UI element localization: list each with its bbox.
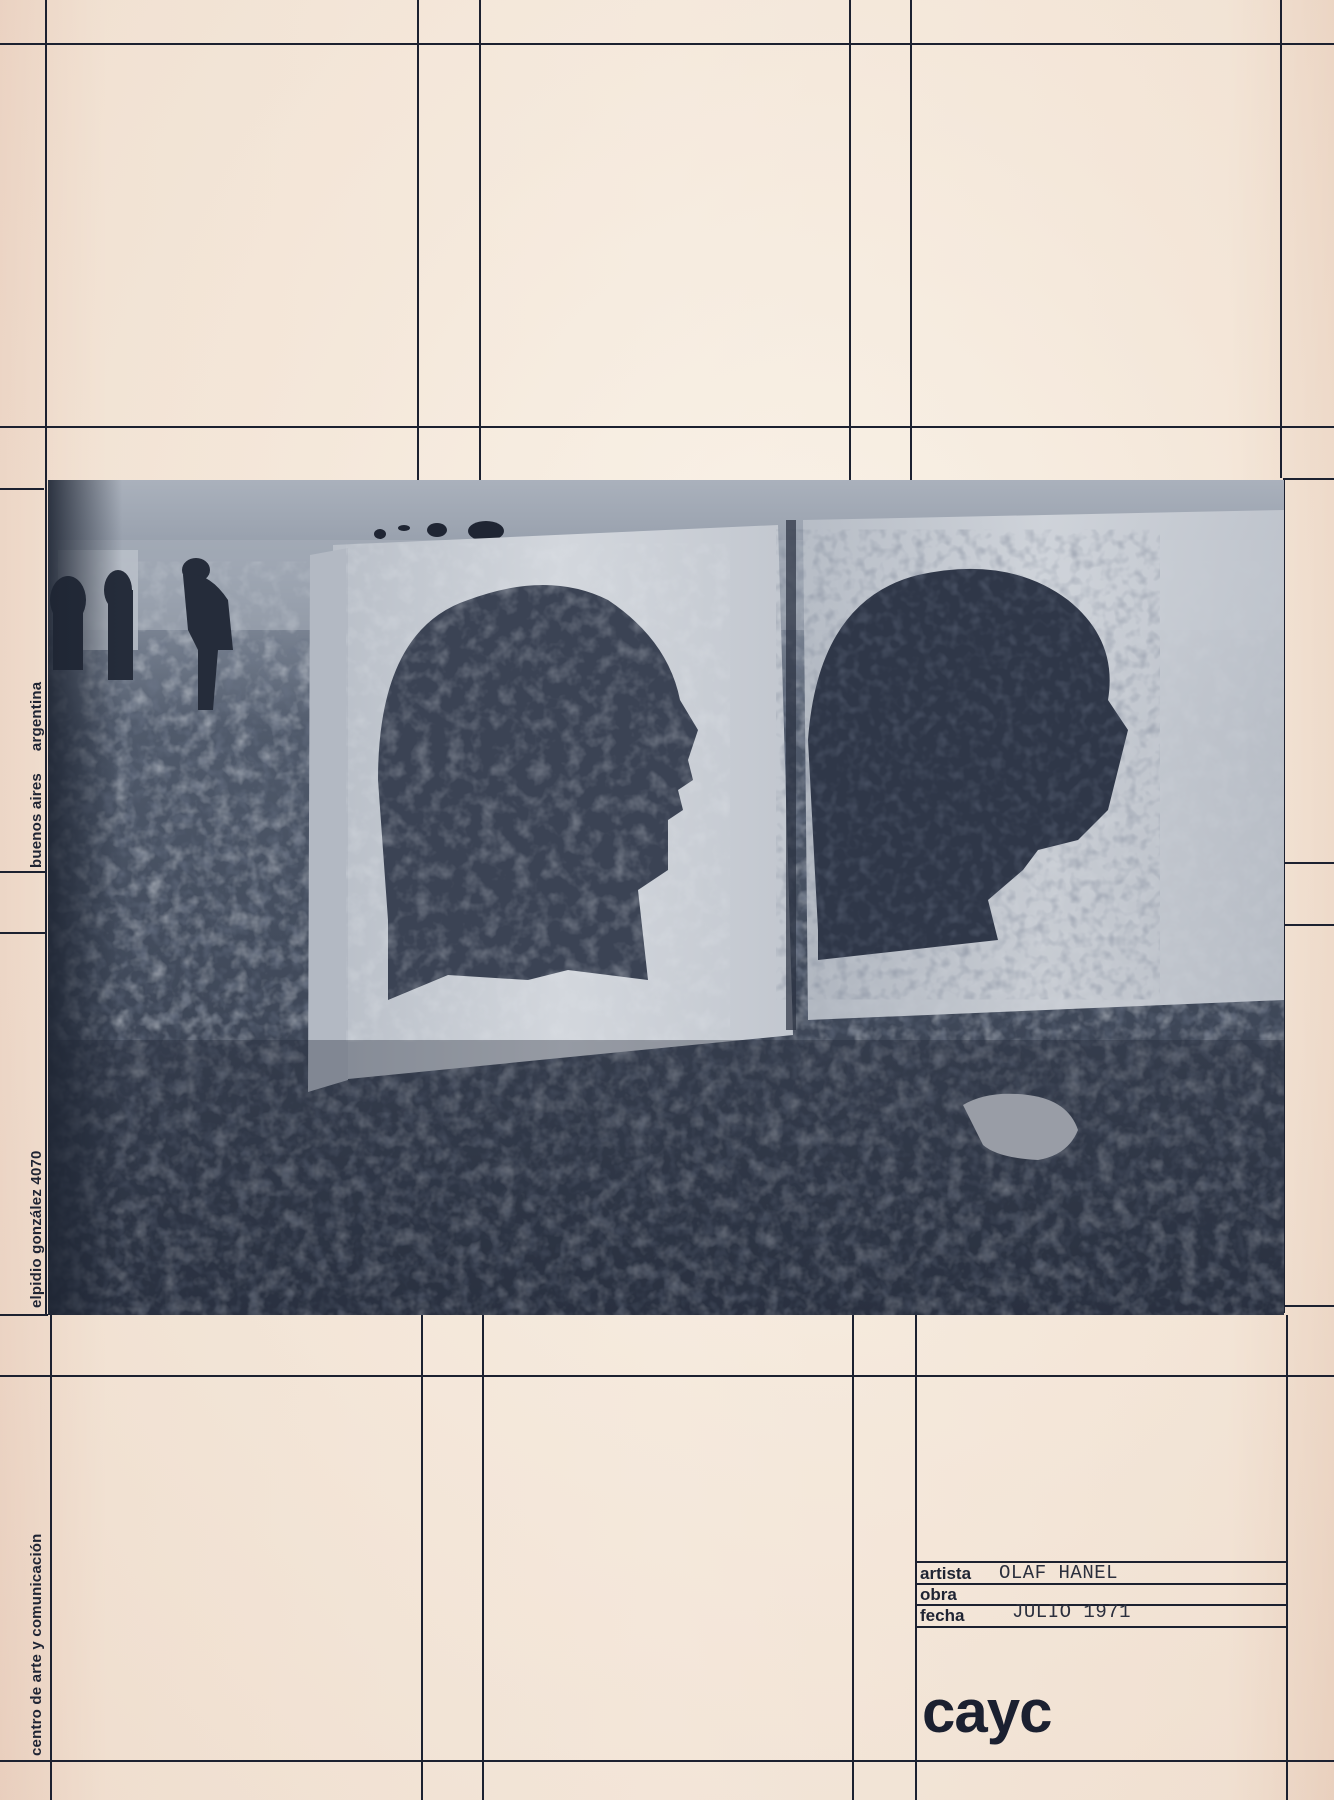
- grid-line-h: [0, 1760, 1334, 1762]
- location-text: buenos airesargentina: [28, 660, 45, 868]
- grid-line-v: [915, 1315, 917, 1800]
- grid-line-h: [0, 426, 1334, 428]
- grid-line-h: [1284, 478, 1334, 480]
- grid-line-h: [0, 43, 1334, 45]
- grid-line-h: [1284, 862, 1334, 864]
- grid-line-v: [50, 1315, 52, 1800]
- grid-line-h: [1284, 1305, 1334, 1307]
- date-label: fecha: [920, 1605, 964, 1627]
- artist-value: OLAF HANEL: [999, 1562, 1118, 1584]
- artist-row: artista OLAF HANEL: [920, 1563, 1284, 1585]
- grid-line-v: [482, 1315, 484, 1800]
- grid-line-v: [479, 0, 481, 480]
- grid-line-h: [0, 488, 44, 490]
- work-label: obra: [920, 1584, 957, 1606]
- organization-text: centro de arte y comunicación: [28, 1511, 45, 1756]
- date-row: fecha JULIO 1971: [920, 1605, 1284, 1627]
- grid-line-h: [0, 1314, 48, 1316]
- country-label: argentina: [28, 682, 45, 751]
- grid-line-v: [417, 0, 419, 480]
- grid-line-h: [0, 932, 46, 934]
- address-text: elpidio gonzález 4070: [28, 1128, 45, 1308]
- grid-line-v: [1286, 1315, 1288, 1800]
- artist-label: artista: [920, 1563, 971, 1585]
- grid-line-h: [0, 871, 46, 873]
- grid-line-h: [1284, 924, 1334, 926]
- grid-line-v: [45, 0, 47, 480]
- grid-line-v: [849, 0, 851, 480]
- grid-line-h: [0, 1375, 1334, 1377]
- grid-line-v: [1280, 0, 1282, 478]
- organization-label: centro de arte y comunicación: [28, 1533, 45, 1756]
- grid-line-v: [421, 1315, 423, 1800]
- date-value: JULIO 1971: [1012, 1601, 1131, 1623]
- cayc-logo: cayc: [922, 1682, 1051, 1742]
- photograph: [48, 480, 1284, 1315]
- grid-line-v: [852, 1315, 854, 1800]
- grid-line-v: [910, 0, 912, 480]
- address-label: elpidio gonzález 4070: [28, 1150, 45, 1308]
- city-label: buenos aires: [28, 773, 45, 868]
- grid-line-v: [45, 480, 47, 1315]
